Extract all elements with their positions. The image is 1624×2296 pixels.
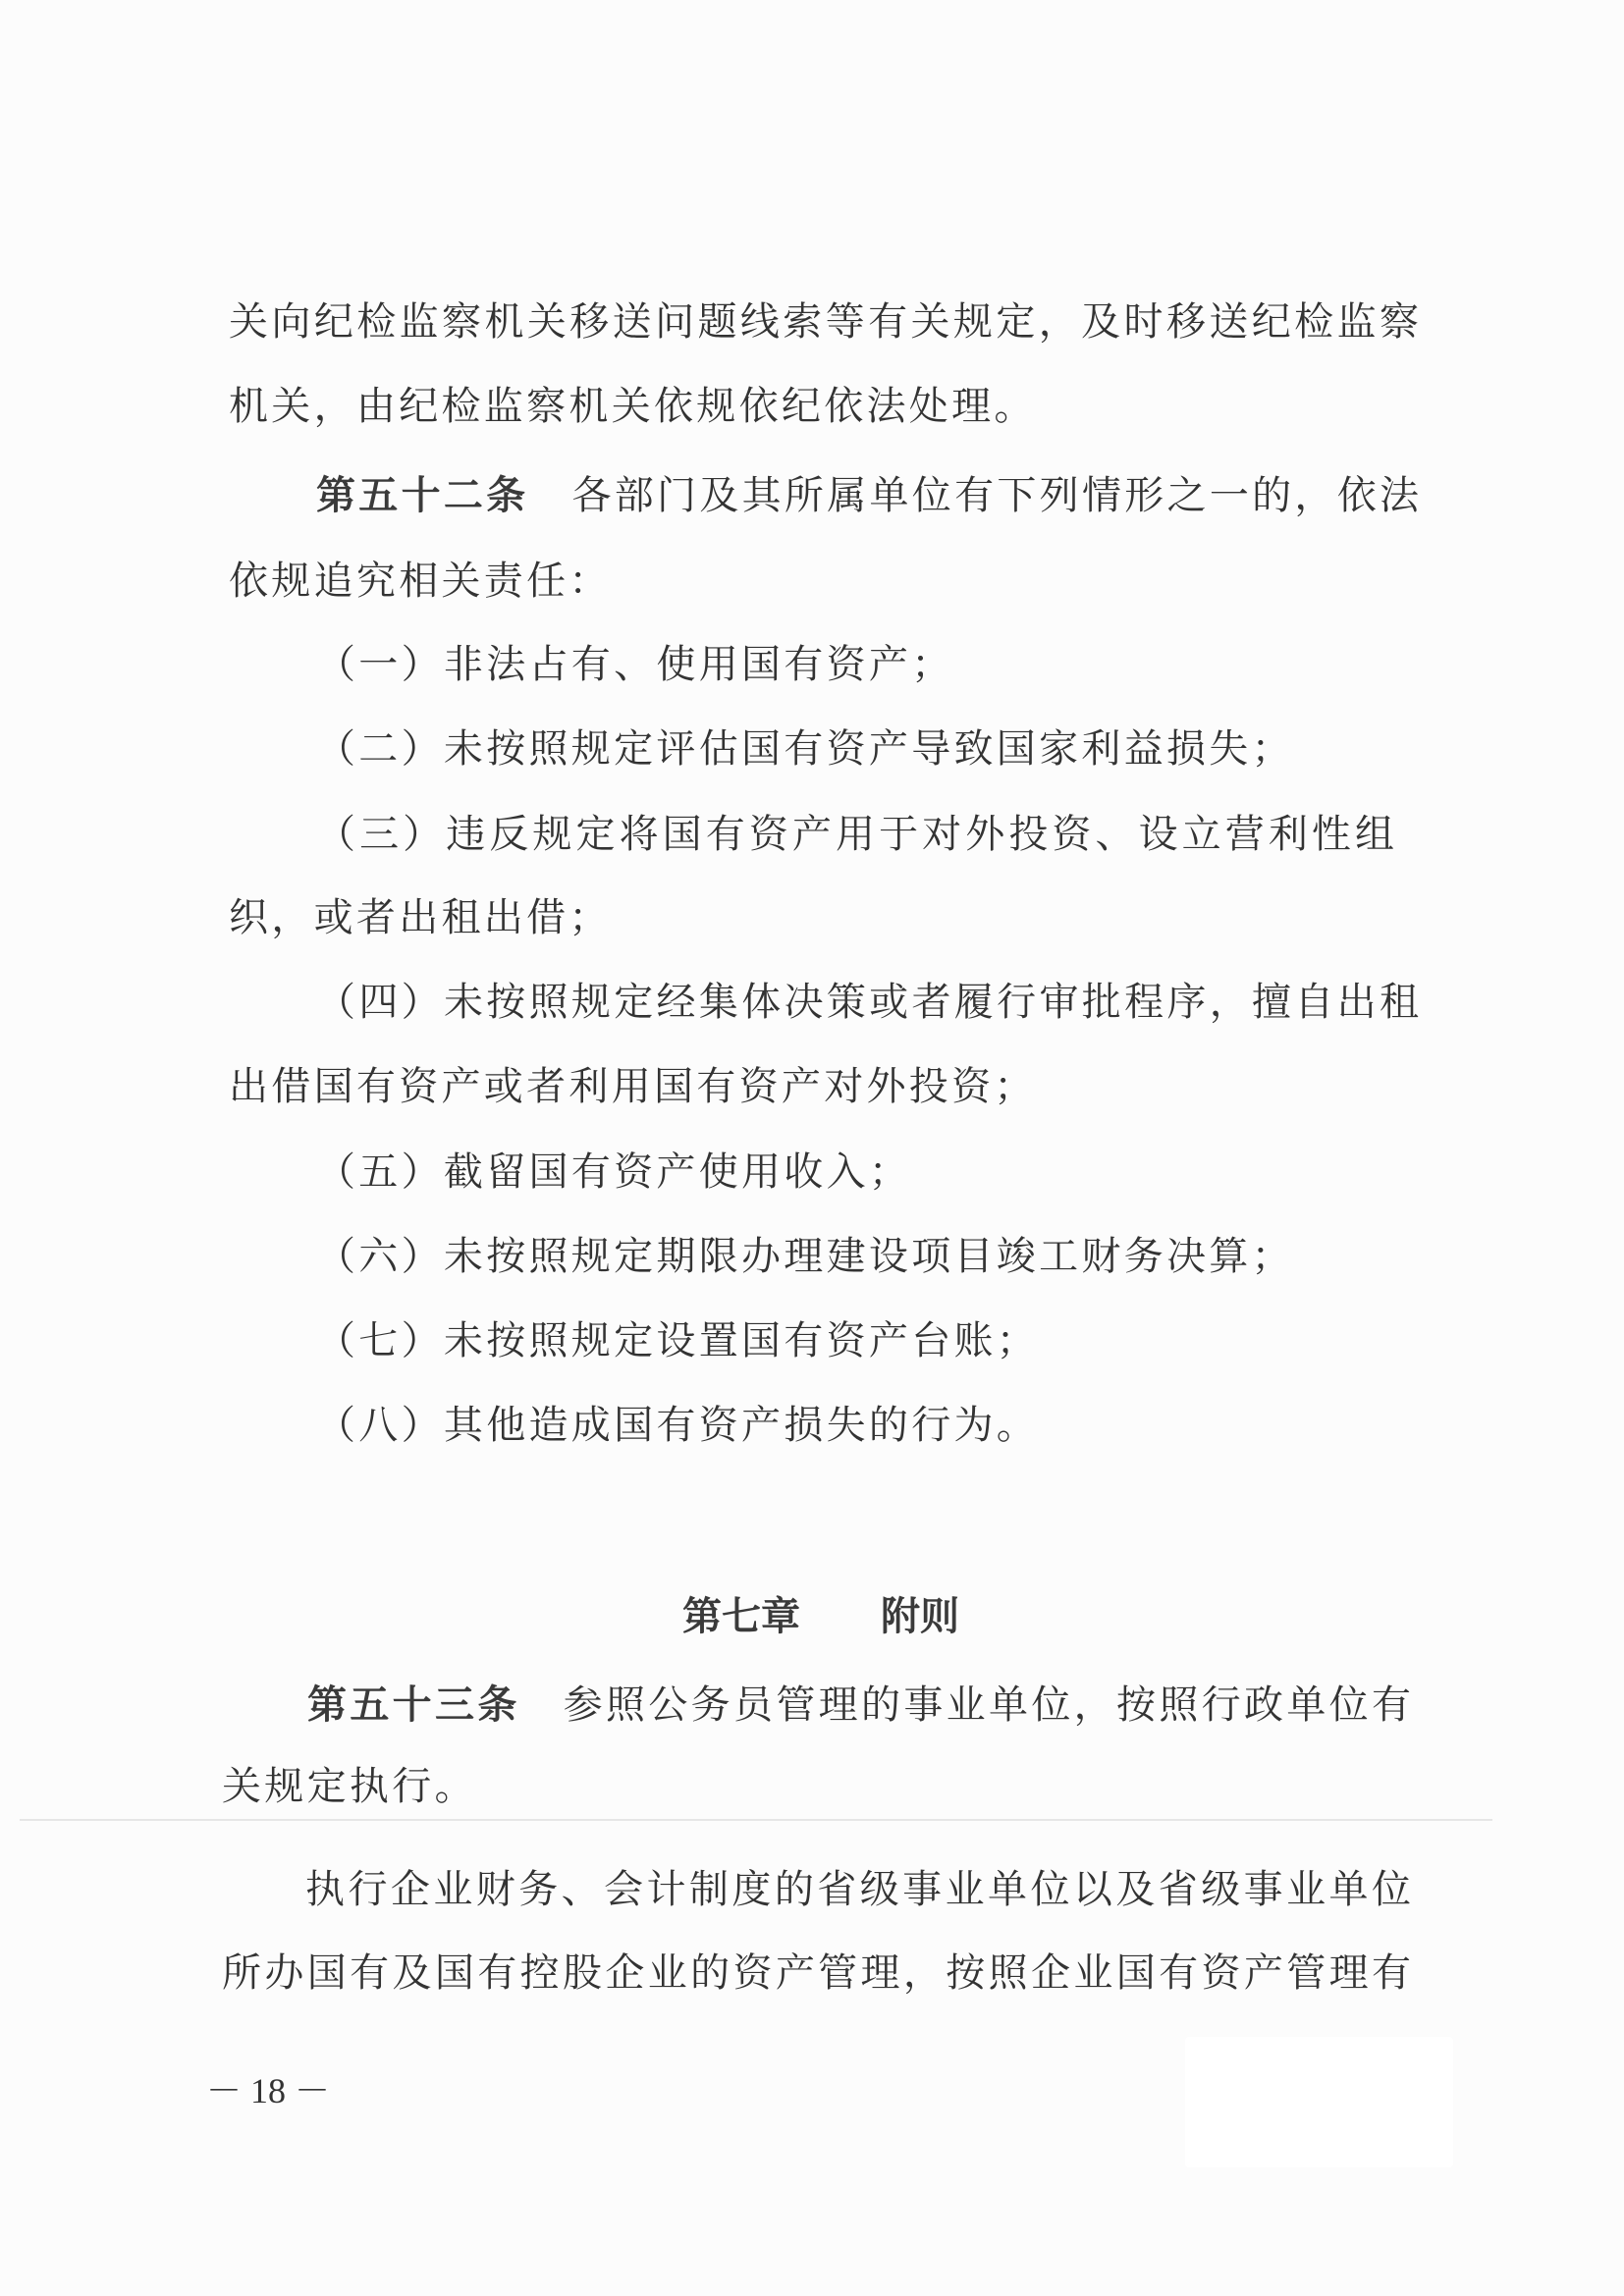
article-53-first-line: 第五十三条参照公务员管理的事业单位，按照行政单位有 xyxy=(307,1678,1411,1733)
scan-artifact-line xyxy=(20,1819,1492,1821)
list-item: （七）未按照规定设置国有资产台账； xyxy=(316,1313,1506,1368)
list-item: （二）未按照规定评估国有资产导致国家利益损失； xyxy=(316,721,1506,776)
article-53-text: 参照公务员管理的事业单位，按照行政单位有 xyxy=(564,1682,1411,1728)
article-53-second-line: 关规定执行。 xyxy=(222,1759,1412,1814)
list-item-continuation: 织，或者出租出借； xyxy=(229,890,1419,945)
list-item: （四）未按照规定经集体决策或者履行审批程序，擅自出租 xyxy=(316,975,1419,1030)
body-line: 所办国有及国有控股企业的资产管理，按照企业国有资产管理有 xyxy=(222,1946,1411,2001)
body-line: 执行企业财务、会计制度的省级事业单位以及省级事业单位 xyxy=(305,1862,1411,1917)
chapter-heading: 第七章 附则 xyxy=(682,1589,959,1644)
article-52-text: 各部门及其所属单位有下列情形之一的，依法 xyxy=(571,473,1419,518)
article-52-first-line: 第五十二条各部门及其所属单位有下列情形之一的，依法 xyxy=(316,468,1419,523)
article-52-second-line: 依规追究相关责任： xyxy=(229,554,1419,609)
list-item: （一）非法占有、使用国有资产； xyxy=(316,637,1506,692)
list-item: （八）其他造成国有资产损失的行为。 xyxy=(316,1398,1506,1453)
body-line: 机关，由纪检监察机关依规依纪依法处理。 xyxy=(229,379,1419,434)
list-item: （三）违反规定将国有资产用于对外投资、设立营利性组 xyxy=(316,807,1394,862)
list-item: （六）未按照规定期限办理建设项目竣工财务决算； xyxy=(316,1229,1506,1284)
page-number: － 18 － xyxy=(206,2069,330,2112)
list-item: （五）截留国有资产使用收入； xyxy=(316,1145,1506,1200)
scan-artifact-box xyxy=(1185,2037,1453,2167)
body-line: 关向纪检监察机关移送问题线索等有关规定，及时移送纪检监察 xyxy=(229,294,1419,349)
chapter-number: 第七章 xyxy=(682,1589,800,1644)
document-page: 关向纪检监察机关移送问题线索等有关规定，及时移送纪检监察 机关，由纪检监察机关依… xyxy=(0,0,1624,2296)
list-item-continuation: 出借国有资产或者利用国有资产对外投资； xyxy=(229,1059,1419,1114)
chapter-title: 附则 xyxy=(881,1589,959,1644)
article-52-label: 第五十二条 xyxy=(316,473,528,518)
article-53-label: 第五十三条 xyxy=(307,1682,520,1728)
